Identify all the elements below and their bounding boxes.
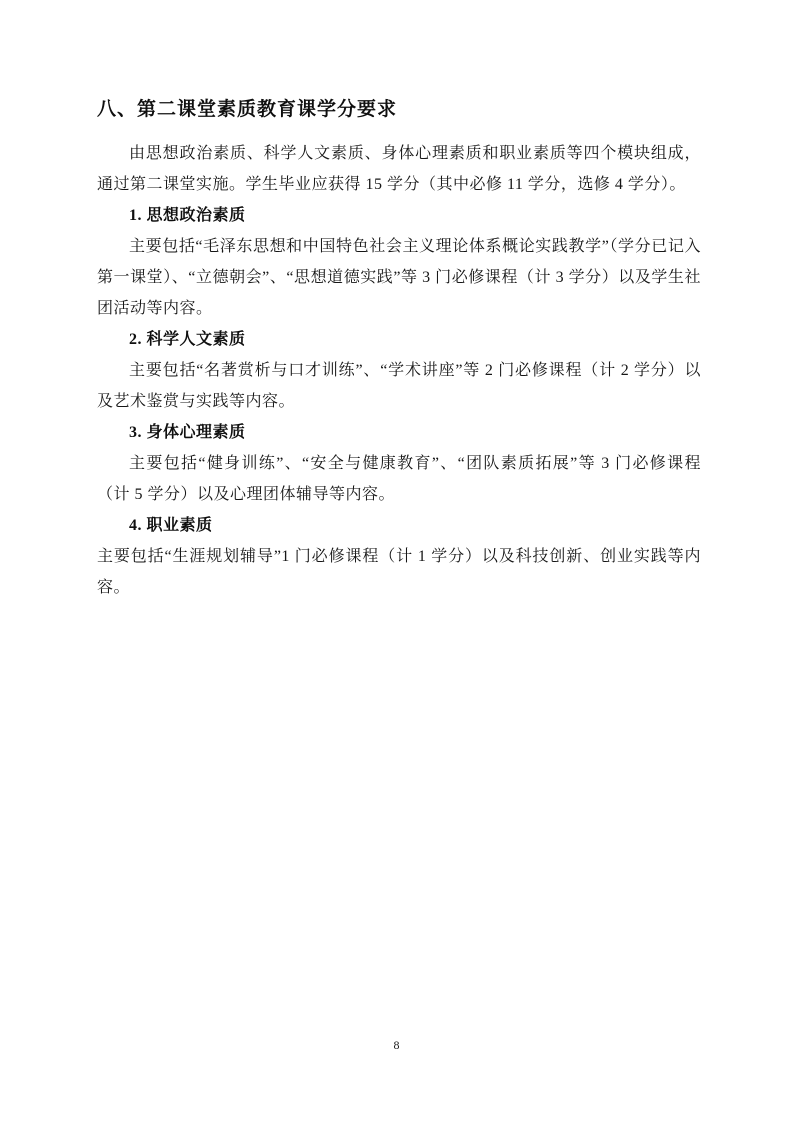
document-page: 八、第二课堂素质教育课学分要求 由思想政治素质、科学人文素质、身体心理素质和职业… xyxy=(0,0,793,1122)
document-content: 八、第二课堂素质教育课学分要求 由思想政治素质、科学人文素质、身体心理素质和职业… xyxy=(97,96,701,603)
section-title: 1. 思想政治素质 xyxy=(97,200,701,231)
section-title: 3. 身体心理素质 xyxy=(97,417,701,448)
section-body: 主要包括“名著赏析与口才训练”、“学术讲座”等 2 门必修课程（计 2 学分）以… xyxy=(97,355,701,417)
section-vocational: 4. 职业素质 主要包括“生涯规划辅导”1 门必修课程（计 1 学分）以及科技创… xyxy=(97,510,701,603)
section-body: 主要包括“毛泽东思想和中国特色社会主义理论体系概论实践教学”（学分已记入第一课堂… xyxy=(97,231,701,324)
intro-paragraph: 由思想政治素质、科学人文素质、身体心理素质和职业素质等四个模块组成，通过第二课堂… xyxy=(97,138,701,200)
section-body: 主要包括“健身训练”、“安全与健康教育”、“团队素质拓展”等 3 门必修课程（计… xyxy=(97,448,701,510)
page-number: 8 xyxy=(394,1038,400,1052)
document-heading: 八、第二课堂素质教育课学分要求 xyxy=(97,96,701,124)
page-footer: 8 xyxy=(0,1036,793,1054)
section-body: 主要包括“生涯规划辅导”1 门必修课程（计 1 学分）以及科技创新、创业实践等内… xyxy=(97,541,701,603)
section-science-humanities: 2. 科学人文素质 主要包括“名著赏析与口才训练”、“学术讲座”等 2 门必修课… xyxy=(97,324,701,417)
section-physical-psychological: 3. 身体心理素质 主要包括“健身训练”、“安全与健康教育”、“团队素质拓展”等… xyxy=(97,417,701,510)
section-title: 2. 科学人文素质 xyxy=(97,324,701,355)
section-title: 4. 职业素质 xyxy=(97,510,701,541)
section-ideological-political: 1. 思想政治素质 主要包括“毛泽东思想和中国特色社会主义理论体系概论实践教学”… xyxy=(97,200,701,324)
